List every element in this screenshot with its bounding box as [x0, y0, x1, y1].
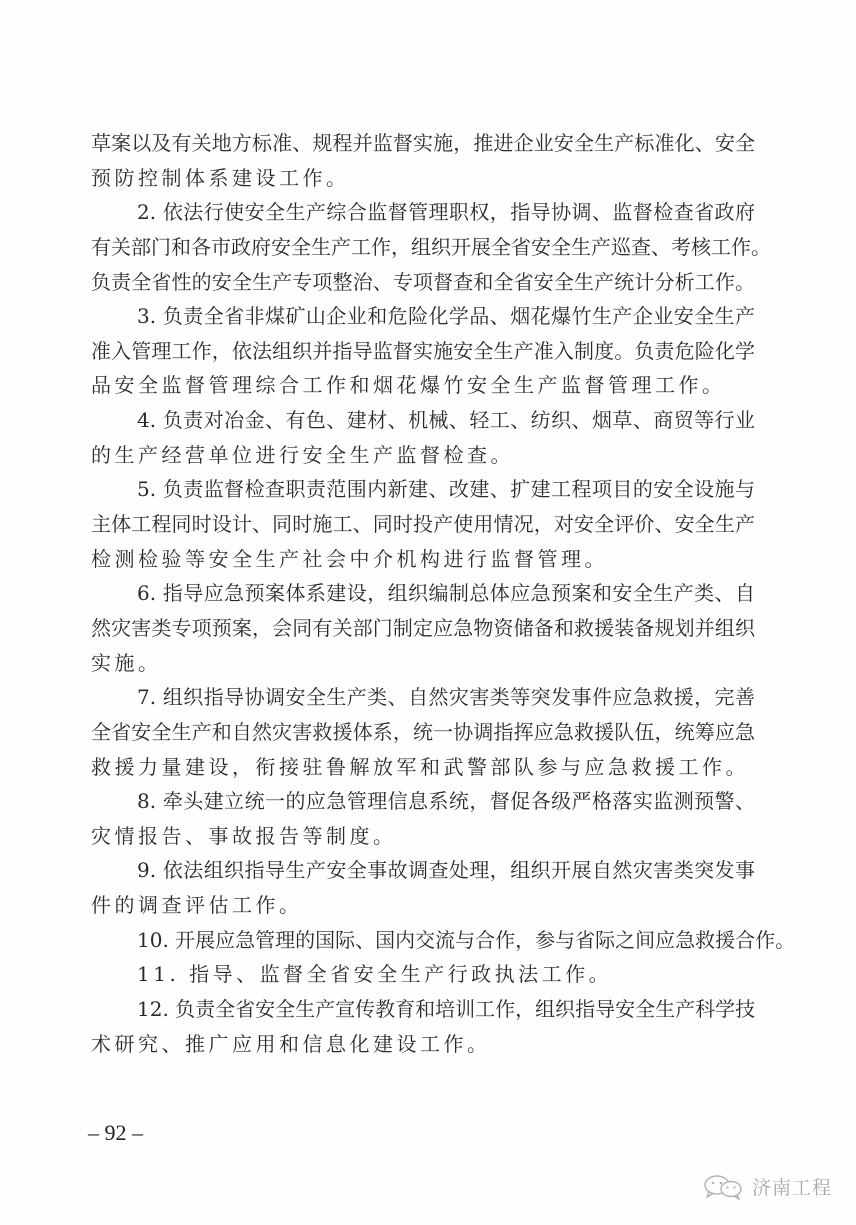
text-line: 件的调查评估工作。 — [91, 888, 755, 923]
text-line: 负责全省性的安全生产专项整治、专项督查和全省安全生产统计分析工作。 — [91, 265, 755, 300]
text-line: 预防控制体系建设工作。 — [91, 161, 755, 196]
text-line: 然灾害类专项预案，会同有关部门制定应急物资储备和救援装备规划并组织 — [91, 611, 755, 646]
text-line: 救援力量建设，衔接驻鲁解放军和武警部队参与应急救援工作。 — [91, 750, 755, 785]
text-line: 12. 负责全省安全生产宣传教育和培训工作，组织指导安全生产科学技 — [91, 992, 755, 1027]
watermark-label: 济南工程 — [752, 1173, 832, 1200]
text-line: 的生产经营单位进行安全生产监督检查。 — [91, 438, 755, 473]
wechat-watermark: 济南工程 — [702, 1173, 832, 1200]
text-line: 灾情报告、事故报告等制度。 — [91, 819, 755, 854]
document-body: 草案以及有关地方标准、规程并监督实施，推进企业安全生产标准化、安全预防控制体系建… — [91, 126, 755, 1061]
page-number: – 92 – — [88, 1120, 143, 1146]
text-line: 品安全监督管理综合工作和烟花爆竹安全生产监督管理工作。 — [91, 368, 755, 403]
text-line: 5. 负责监督检查职责范围内新建、改建、扩建工程项目的安全设施与 — [91, 472, 755, 507]
text-line: 准入管理工作，依法组织并指导监督实施安全生产准入制度。负责危险化学 — [91, 334, 755, 369]
text-line: 实施。 — [91, 646, 755, 681]
text-line: 8. 牵头建立统一的应急管理信息系统，督促各级严格落实监测预警、 — [91, 784, 755, 819]
text-line: 10. 开展应急管理的国际、国内交流与合作，参与省际之间应急救援合作。 — [91, 923, 755, 958]
wechat-icon — [702, 1174, 746, 1200]
text-line: 全省安全生产和自然灾害救援体系，统一协调指挥应急救援队伍，统筹应急 — [91, 715, 755, 750]
text-line: 3. 负责全省非煤矿山企业和危险化学品、烟花爆竹生产企业安全生产 — [91, 299, 755, 334]
document-page: 草案以及有关地方标准、规程并监督实施，推进企业安全生产标准化、安全预防控制体系建… — [0, 0, 856, 1225]
text-line: 11. 指导、监督全省安全生产行政执法工作。 — [91, 957, 755, 992]
text-line: 2. 依法行使安全生产综合监督管理职权，指导协调、监督检查省政府 — [91, 195, 755, 230]
text-line: 检测检验等安全生产社会中介机构进行监督管理。 — [91, 542, 755, 577]
text-line: 草案以及有关地方标准、规程并监督实施，推进企业安全生产标准化、安全 — [91, 126, 755, 161]
text-line: 主体工程同时设计、同时施工、同时投产使用情况，对安全评价、安全生产 — [91, 507, 755, 542]
text-line: 6. 指导应急预案体系建设，组织编制总体应急预案和安全生产类、自 — [91, 576, 755, 611]
text-line: 术研究、推广应用和信息化建设工作。 — [91, 1027, 755, 1062]
text-line: 7. 组织指导协调安全生产类、自然灾害类等突发事件应急救援，完善 — [91, 680, 755, 715]
text-line: 有关部门和各市政府安全生产工作，组织开展全省安全生产巡查、考核工作。 — [91, 230, 755, 265]
text-line: 4. 负责对冶金、有色、建材、机械、轻工、纺织、烟草、商贸等行业 — [91, 403, 755, 438]
text-line: 9. 依法组织指导生产安全事故调查处理，组织开展自然灾害类突发事 — [91, 853, 755, 888]
